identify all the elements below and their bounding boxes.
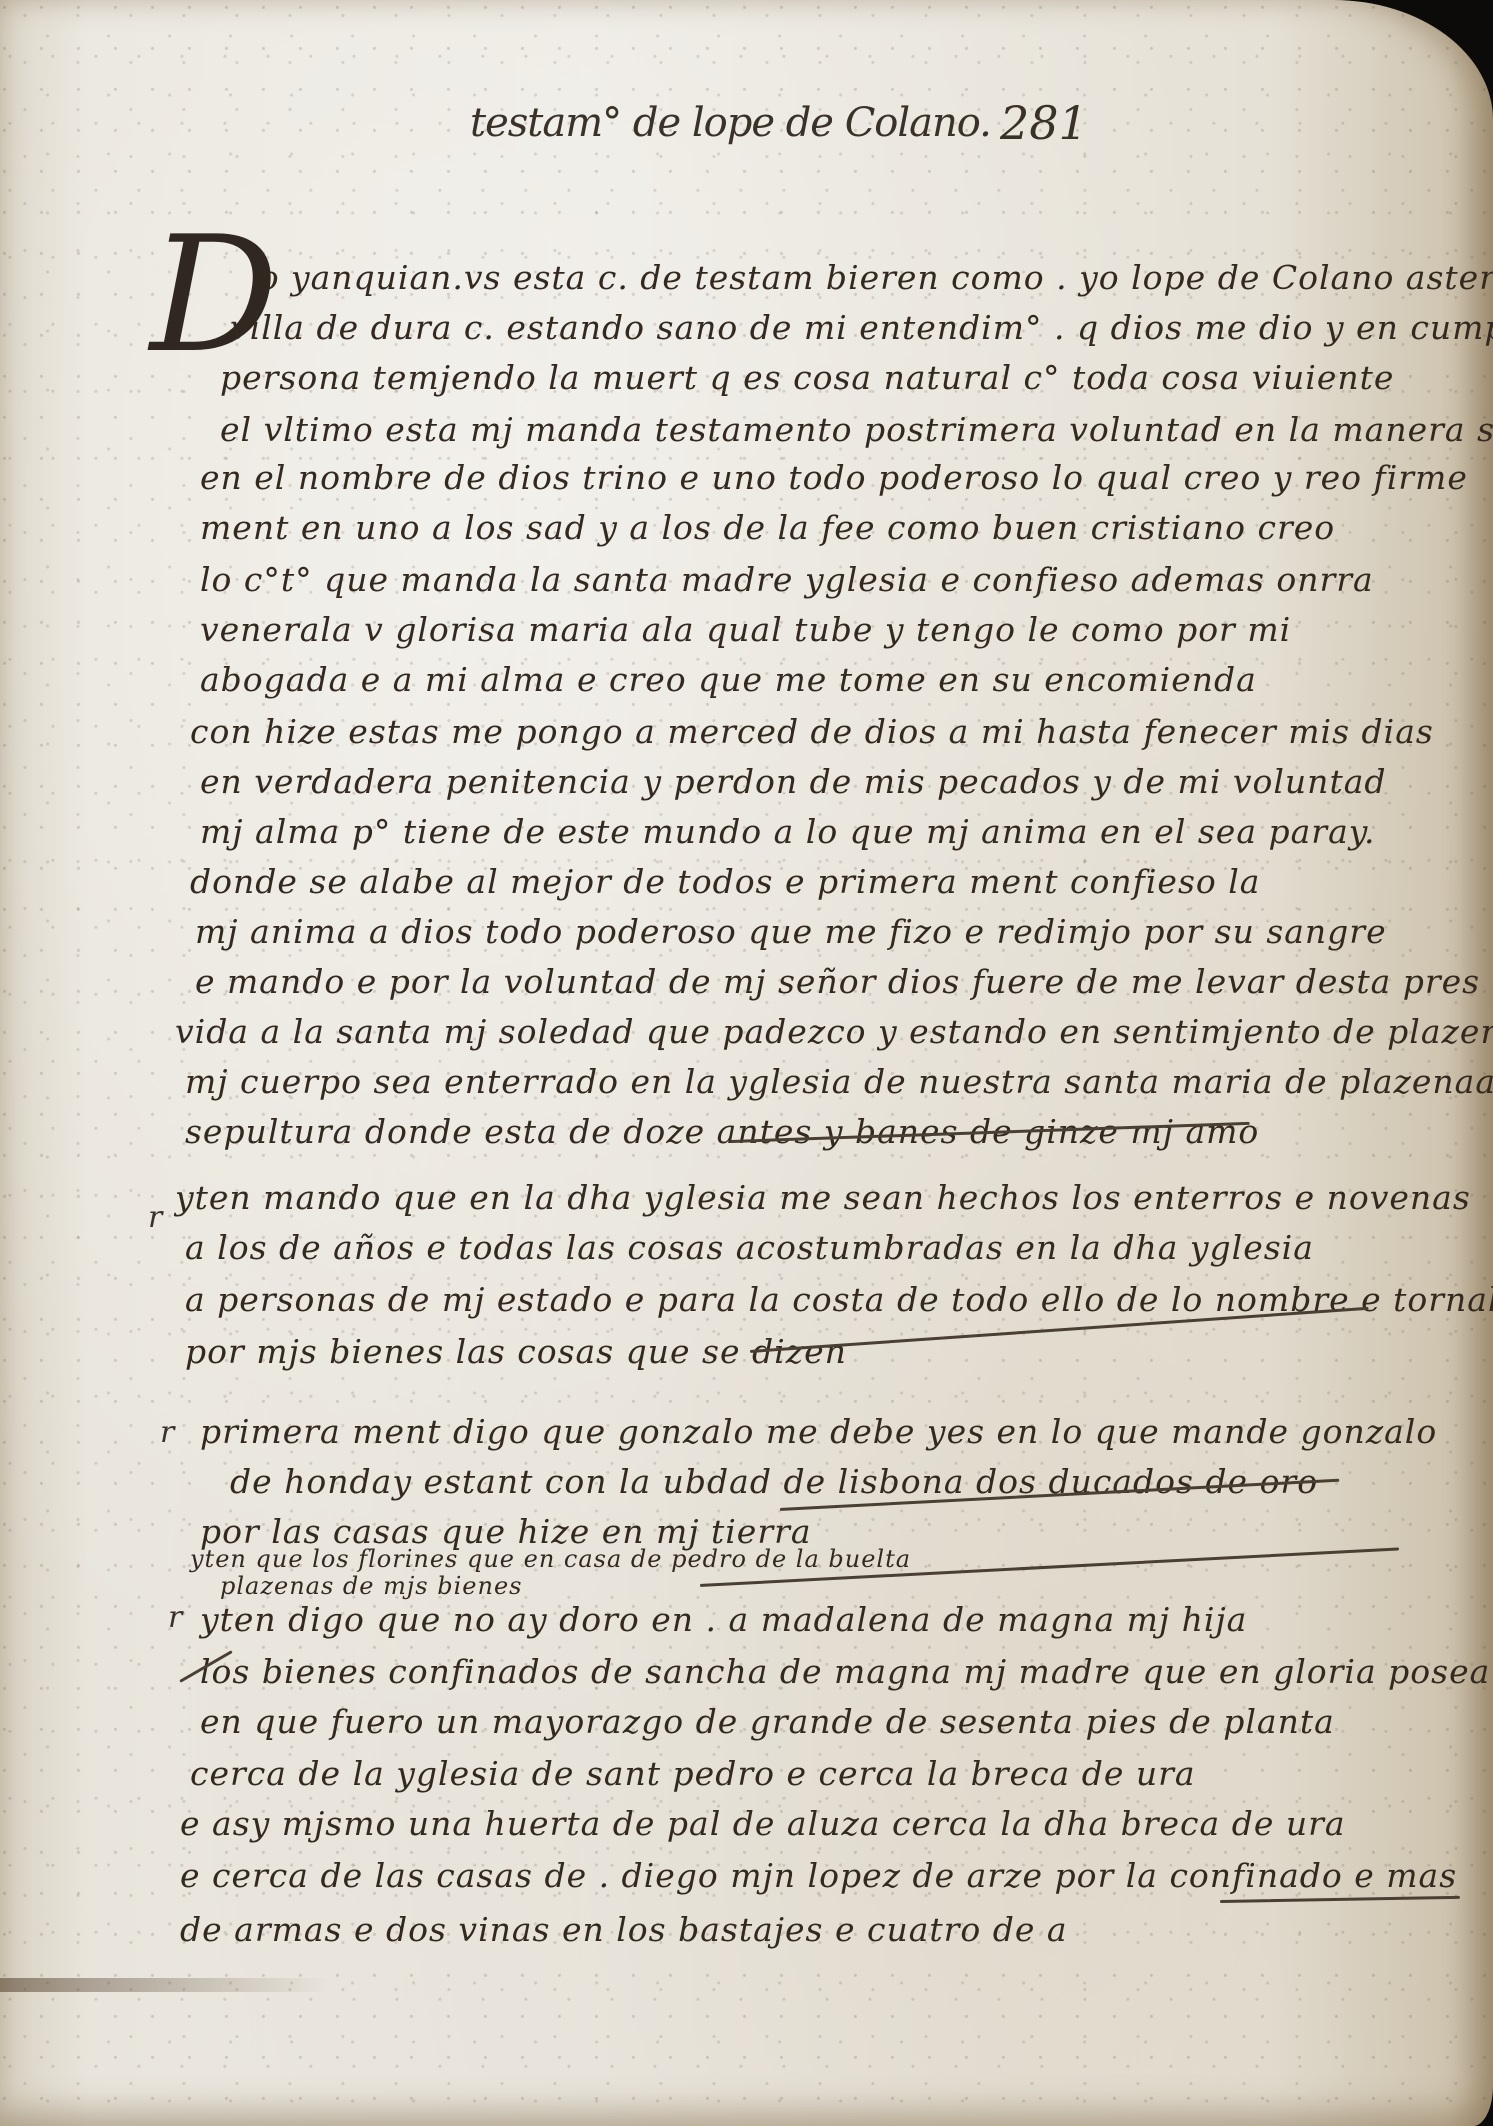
text-line: villa de dura c. estando sano de mi ente… — [230, 308, 1493, 347]
text-line: por mjs bienes las cosas que se dizen — [185, 1332, 847, 1371]
text-line: ɔ yanquian.vs esta c. de testam bieren c… — [260, 258, 1493, 297]
document-title: testam° de lope de Colano. — [470, 100, 991, 146]
text-line: persona temjendo la muert q es cosa natu… — [220, 358, 1394, 397]
text-line: mj cuerpo sea enterrado en la yglesia de… — [185, 1062, 1493, 1101]
text-line: abogada e a mi alma e creo que me tome e… — [200, 660, 1257, 699]
folio-header: testam° de lope de Colano. 281 — [0, 92, 1493, 172]
folio-number: 281 — [1000, 96, 1088, 150]
text-line: e asy mjsmo una huerta de pal de aluza c… — [180, 1804, 1346, 1843]
text-line: ment en uno a los sad y a los de la fee … — [200, 508, 1335, 547]
text-line: vida a la santa mj soledad que padezco y… — [175, 1012, 1493, 1051]
text-line: el vltimo esta mj manda testamento postr… — [220, 410, 1493, 449]
text-line: yten que los florines que en casa de ped… — [190, 1545, 911, 1573]
text-line: primera ment digo que gonzalo me debe ye… — [200, 1412, 1437, 1451]
text-line: venerala v glorisa maria ala qual tube y… — [200, 610, 1291, 649]
text-line: lo c°t° que manda la santa madre yglesia… — [200, 560, 1374, 599]
text-line: en que fuero un mayorazgo de grande de s… — [200, 1702, 1335, 1741]
text-line: e mando e por la voluntad de mj señor di… — [195, 962, 1480, 1001]
text-line: e cerca de las casas de . diego mjn lope… — [180, 1856, 1457, 1895]
text-line: de armas e dos vinas en los bastajes e c… — [180, 1910, 1068, 1949]
text-line: yten digo que no ay doro en . a madalena… — [200, 1600, 1247, 1639]
text-line: los bienes confinados de sancha de magna… — [200, 1652, 1490, 1691]
text-line: donde se alabe al mejor de todos e prime… — [190, 862, 1260, 901]
stain-mark — [0, 1978, 330, 1992]
text-line: a los de años e todas las cosas acostumb… — [185, 1228, 1314, 1267]
text-line: de honday estant con la ubdad de lisbona… — [230, 1462, 1318, 1501]
text-line: sepultura donde esta de doze antes y ban… — [185, 1112, 1259, 1151]
text-line: en el nombre de dios trino e uno todo po… — [200, 458, 1468, 497]
margin-mark: r — [160, 1415, 174, 1450]
margin-mark: r — [168, 1600, 182, 1635]
text-line: cerca de la yglesia de sant pedro e cerc… — [190, 1754, 1196, 1793]
manuscript-page: testam° de lope de Colano. 281 D r r r ɔ… — [0, 0, 1493, 2126]
text-line: con hize estas me pongo a merced de dios… — [190, 712, 1434, 751]
text-line: mj alma p° tiene de este mundo a lo que … — [200, 812, 1376, 851]
margin-mark: r — [148, 1200, 162, 1235]
text-line: yten mando que en la dha yglesia me sean… — [175, 1178, 1471, 1217]
text-line: en verdadera penitencia y perdon de mis … — [200, 762, 1387, 801]
text-line: mj anima a dios todo poderoso que me fiz… — [195, 912, 1387, 951]
text-line: plazenas de mjs bienes — [220, 1572, 522, 1600]
